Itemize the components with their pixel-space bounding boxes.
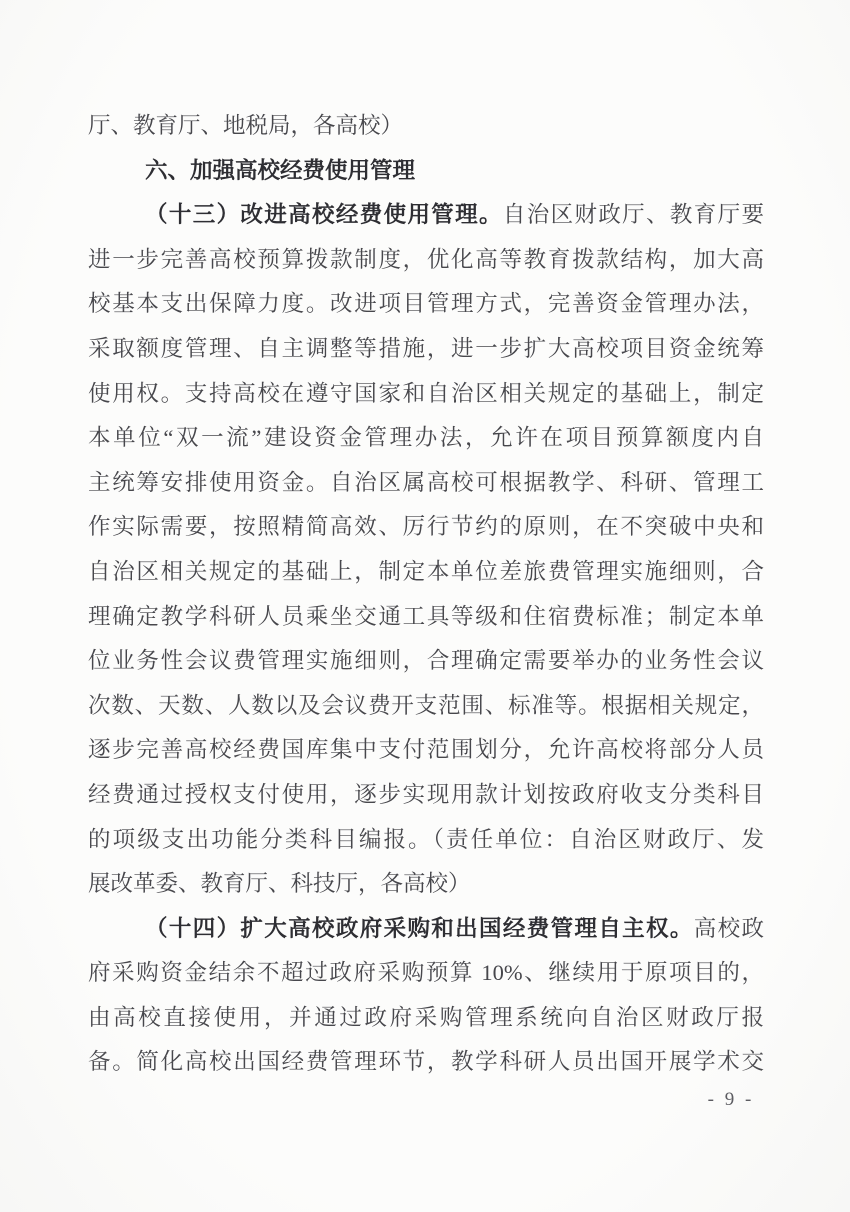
document-content: 厅、教育厅、地税局，各高校）六、加强高校经费使用管理（十三）改进高校经费使用管理…: [88, 104, 764, 1085]
body-text: 厅、教育厅、地税局，各高校）: [88, 113, 403, 138]
text-line: 进一步完善高校预算拨款制度，优化高等教育拨款结构，加大高: [88, 238, 764, 283]
text-line: 厅、教育厅、地税局，各高校）: [88, 104, 764, 149]
heading-text: 六、加强高校经费使用管理: [145, 158, 415, 183]
text-line: 府采购资金结余不超过政府采购预算 10%、继续用于原项目的，: [88, 951, 764, 996]
text-line: （十四）扩大高校政府采购和出国经费管理自主权。高校政: [88, 907, 764, 952]
text-line: （十三）改进高校经费使用管理。自治区财政厅、教育厅要: [88, 193, 764, 238]
body-text: 进一步完善高校预算拨款制度，优化高等教育拨款结构，加大高: [88, 247, 764, 272]
text-line: 理确定教学科研人员乘坐交通工具等级和住宿费标准；制定本单: [88, 595, 764, 640]
body-text: 由高校直接使用，并通过政府采购管理系统向自治区财政厅报: [88, 1005, 764, 1030]
text-line: 校基本支出保障力度。改进项目管理方式，完善资金管理办法，: [88, 282, 764, 327]
body-text: 本单位“双一流”建设资金管理办法，允许在项目预算额度内自: [88, 425, 764, 450]
text-line: 经费通过授权支付使用，逐步实现用款计划按政府收支分类科目: [88, 773, 764, 818]
body-text: 备。简化高校出国经费管理环节，教学科研人员出国开展学术交: [88, 1049, 764, 1074]
body-text: 经费通过授权支付使用，逐步实现用款计划按政府收支分类科目: [88, 782, 764, 807]
text-line: 次数、天数、人数以及会议费开支范围、标准等。根据相关规定，: [88, 684, 764, 729]
body-text: 采取额度管理、自主调整等措施，进一步扩大高校项目资金统筹: [88, 336, 764, 361]
body-text: 位业务性会议费管理实施细则，合理确定需要举办的业务性会议: [88, 648, 764, 673]
body-text: 校基本支出保障力度。改进项目管理方式，完善资金管理办法，: [88, 291, 764, 316]
text-line: 的项级支出功能分类科目编报。（责任单位：自治区财政厅、发: [88, 818, 764, 863]
body-text: 府采购资金结余不超过政府采购预算 10%、继续用于原项目的，: [88, 960, 764, 985]
body-text: 理确定教学科研人员乘坐交通工具等级和住宿费标准；制定本单: [88, 604, 764, 629]
text-line: 主统筹安排使用资金。自治区属高校可根据教学、科研、管理工: [88, 461, 764, 506]
body-text: 的项级支出功能分类科目编报。（责任单位：自治区财政厅、发: [88, 827, 764, 852]
text-line: 备。简化高校出国经费管理环节，教学科研人员出国开展学术交: [88, 1040, 764, 1085]
body-text: 作实际需要，按照精简高效、厉行节约的原则，在不突破中央和: [88, 514, 764, 539]
body-text: 展改革委、教育厅、科技厅，各高校）: [88, 871, 471, 896]
text-line: 采取额度管理、自主调整等措施，进一步扩大高校项目资金统筹: [88, 327, 764, 372]
text-line: 由高校直接使用，并通过政府采购管理系统向自治区财政厅报: [88, 996, 764, 1041]
text-line: 逐步完善高校经费国库集中支付范围划分，允许高校将部分人员: [88, 728, 764, 773]
body-text: 高校政: [694, 916, 764, 941]
text-line: 作实际需要，按照精简高效、厉行节约的原则，在不突破中央和: [88, 505, 764, 550]
text-line: 本单位“双一流”建设资金管理办法，允许在项目预算额度内自: [88, 416, 764, 461]
document-page: 厅、教育厅、地税局，各高校）六、加强高校经费使用管理（十三）改进高校经费使用管理…: [0, 0, 850, 1212]
text-line: 位业务性会议费管理实施细则，合理确定需要举办的业务性会议: [88, 639, 764, 684]
body-text: 次数、天数、人数以及会议费开支范围、标准等。根据相关规定，: [88, 693, 764, 718]
heading-text: （十三）改进高校经费使用管理。: [145, 202, 503, 227]
heading-text: （十四）扩大高校政府采购和出国经费管理自主权。: [145, 916, 694, 941]
text-line: 展改革委、教育厅、科技厅，各高校）: [88, 862, 764, 907]
text-line: 六、加强高校经费使用管理: [88, 149, 764, 194]
body-text: 主统筹安排使用资金。自治区属高校可根据教学、科研、管理工: [88, 470, 764, 495]
page-number: - 9 -: [698, 1089, 764, 1111]
text-line: 自治区相关规定的基础上，制定本单位差旅费管理实施细则，合: [88, 550, 764, 595]
body-text: 使用权。支持高校在遵守国家和自治区相关规定的基础上，制定: [88, 381, 764, 406]
body-text: 逐步完善高校经费国库集中支付范围划分，允许高校将部分人员: [88, 737, 764, 762]
body-text: 自治区财政厅、教育厅要: [503, 202, 764, 227]
text-line: 使用权。支持高校在遵守国家和自治区相关规定的基础上，制定: [88, 372, 764, 417]
body-text: 自治区相关规定的基础上，制定本单位差旅费管理实施细则，合: [88, 559, 764, 584]
